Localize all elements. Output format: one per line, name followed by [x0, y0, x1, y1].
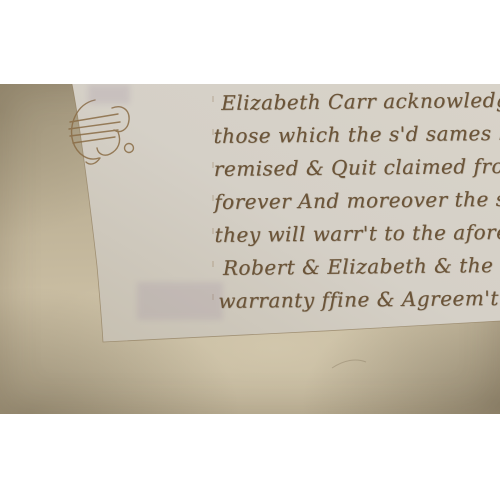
manuscript-line-5: they will warr't to the afores'd	[214, 215, 500, 252]
manuscript-photo: Elizabeth Carr acknowledgi those which t…	[0, 84, 500, 414]
manuscript-text: Elizabeth Carr acknowledgi those which t…	[213, 84, 500, 318]
letterbox-bottom	[0, 414, 500, 500]
repair-patch-top	[88, 84, 130, 104]
manuscript-line-7: warranty ffine & Agreem't th	[215, 281, 500, 318]
letterbox-top	[0, 0, 500, 84]
manuscript-line-1: Elizabeth Carr acknowledgi	[213, 84, 500, 120]
manuscript-line-3: remised & Quit claimed from	[214, 149, 500, 186]
mat-crease	[332, 360, 366, 368]
page: Elizabeth Carr acknowledgi those which t…	[0, 0, 500, 500]
manuscript-line-2: those which the s'd sames h	[213, 116, 500, 153]
repair-patch-middle	[137, 282, 223, 320]
manuscript-line-6: Robert & Elizabeth & the heirs	[215, 248, 500, 285]
manuscript-line-4: forever And moreover the sa	[214, 182, 500, 219]
